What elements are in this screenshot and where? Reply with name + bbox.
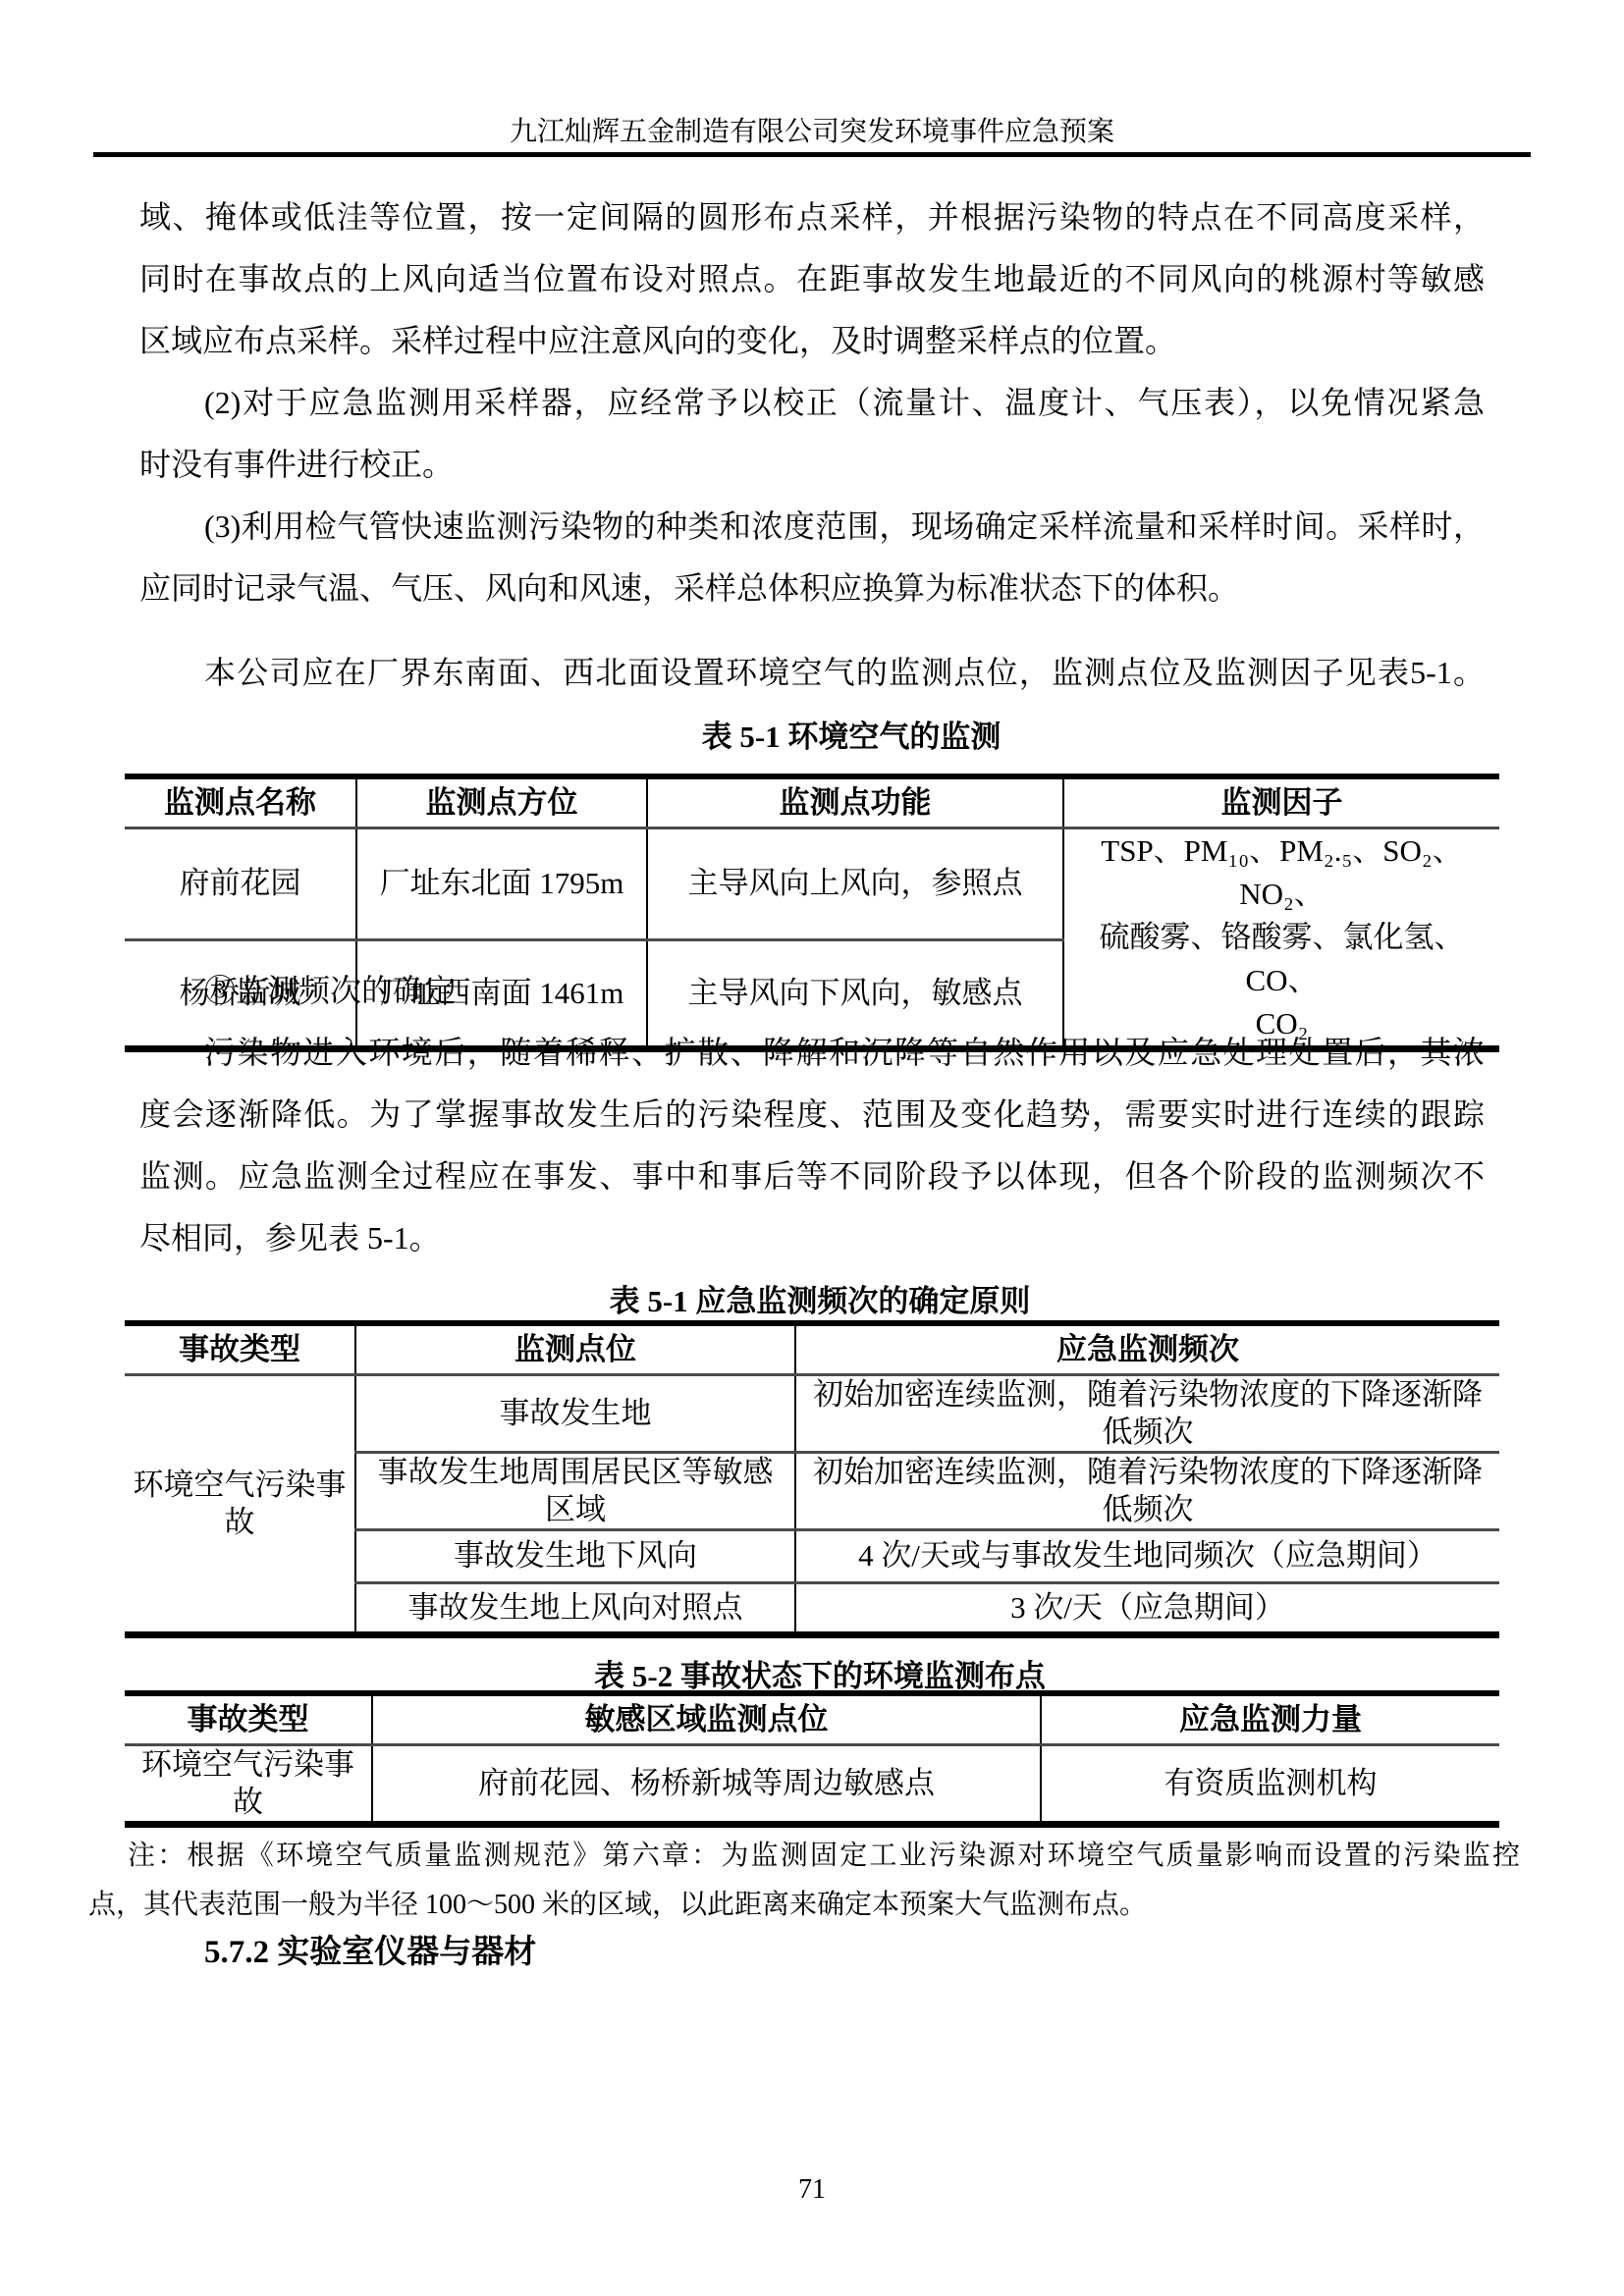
monitoring-location: 事故发生地周围居民区等敏感区域 — [355, 1452, 795, 1529]
monitoring-point-function: 主导风向上风向，参照点 — [647, 828, 1063, 939]
table-header-row: 事故类型 敏感区域监测点位 应急监测力量 — [125, 1693, 1499, 1744]
monitoring-location: 事故发生地 — [355, 1374, 795, 1452]
paragraph-line: 度会逐渐降低。为了掌握事故发生后的污染程度、范围及变化趋势，需要实时进行连续的跟… — [139, 1084, 1485, 1146]
monitoring-point-direction: 厂址东北面 1795m — [356, 828, 647, 939]
paragraph-line: 尽相同，参见表 5-1。 — [139, 1207, 1485, 1269]
column-header: 监测点方位 — [356, 776, 647, 828]
accident-type-cell: 环境空气污染事故 — [125, 1744, 372, 1824]
factor-line: TSP、PM₁₀、PM₂.₅、SO₂、NO₂、 — [1072, 829, 1491, 916]
note-line: 注：根据《环境空气质量监测规范》第六章：为监测固定工业污染源对环境空气质量影响而… — [88, 1832, 1520, 1881]
body-text-block-1: 域、掩体或低洼等位置，按一定间隔的圆形布点采样，并根据污染物的特点在不同高度采样… — [139, 187, 1485, 704]
column-header: 应急监测力量 — [1041, 1693, 1499, 1744]
accident-type-cell: 环境空气污染事故 — [125, 1374, 355, 1634]
note-line: 点，其代表范围一般为半径 100～500 米的区域，以此距离来确定本预案大气监测… — [88, 1881, 1520, 1930]
paragraph-line: (3)利用检气管快速监测污染物的种类和浓度范围，现场确定采样流量和采样时间。采样… — [139, 496, 1485, 558]
monitoring-location: 事故发生地下风向 — [355, 1529, 795, 1582]
page-header-title: 九江灿辉五金制造有限公司突发环境事件应急预案 — [0, 117, 1624, 148]
column-header: 事故类型 — [125, 1323, 355, 1374]
monitoring-frequency: 3 次/天（应急期间） — [795, 1582, 1499, 1634]
column-header: 监测点名称 — [125, 776, 356, 828]
table-header-row: 事故类型 监测点位 应急监测频次 — [125, 1323, 1499, 1374]
monitoring-location: 事故发生地上风向对照点 — [355, 1582, 795, 1634]
table-row: 环境空气污染事故 事故发生地 初始加密连续监测，随着污染物浓度的下降逐渐降低频次 — [125, 1374, 1499, 1452]
section-heading-5-7-2: 5.7.2 实验室仪器与器材 — [139, 1930, 1485, 1975]
monitoring-frequency: 初始加密连续监测，随着污染物浓度的下降逐渐降低频次 — [795, 1374, 1499, 1452]
paragraph-line: 应同时记录气温、气压、风向和风速，采样总体积应换算为标准状态下的体积。 — [139, 558, 1485, 619]
table-header-row: 监测点名称 监测点方位 监测点功能 监测因子 — [125, 776, 1499, 828]
paragraph-line: (2)对于应急监测用采样器，应经常予以校正（流量计、温度计、气压表），以免情况紧… — [139, 372, 1485, 434]
sensitive-area-points: 府前花园、杨桥新城等周边敏感点 — [372, 1744, 1041, 1824]
column-header: 监测点功能 — [647, 776, 1063, 828]
monitoring-frequency: 初始加密连续监测，随着污染物浓度的下降逐渐降低频次 — [795, 1452, 1499, 1529]
body-text-block-2: ③监测频次的确定 污染物进入环境后，随着稀释、扩散、降解和沉降等自然作用以及应急… — [139, 960, 1485, 1269]
document-page: 九江灿辉五金制造有限公司突发环境事件应急预案 域、掩体或低洼等位置，按一定间隔的… — [0, 0, 1624, 2296]
paragraph-line: 本公司应在厂界东南面、西北面设置环境空气的监测点位，监测点位及监测因子见表5-1… — [139, 642, 1485, 704]
column-header: 事故类型 — [125, 1693, 372, 1744]
table-note: 注：根据《环境空气质量监测规范》第六章：为监测固定工业污染源对环境空气质量影响而… — [88, 1832, 1520, 1930]
table1-title: 表 5-1 环境空气的监测 — [0, 718, 1624, 757]
table-row: 府前花园 厂址东北面 1795m 主导风向上风向，参照点 TSP、PM₁₀、PM… — [125, 828, 1499, 939]
table-row: 环境空气污染事故 府前花园、杨桥新城等周边敏感点 有资质监测机构 — [125, 1744, 1499, 1824]
paragraph-line: 时没有事件进行校正。 — [139, 434, 1485, 496]
page-number: 71 — [0, 2173, 1624, 2207]
paragraph-line: 域、掩体或低洼等位置，按一定间隔的圆形布点采样，并根据污染物的特点在不同高度采样… — [139, 187, 1485, 248]
column-header: 应急监测频次 — [795, 1323, 1499, 1374]
column-header: 监测点位 — [355, 1323, 795, 1374]
paragraph-line: 区域应布点采样。采样过程中应注意风向的变化，及时调整采样点的位置。 — [139, 310, 1485, 372]
monitoring-point-name: 府前花园 — [125, 828, 356, 939]
column-header: 监测因子 — [1063, 776, 1499, 828]
table-monitoring-frequency: 事故类型 监测点位 应急监测频次 环境空气污染事故 事故发生地 初始加密连续监测… — [125, 1320, 1499, 1638]
monitoring-frequency: 4 次/天或与事故发生地同频次（应急期间） — [795, 1529, 1499, 1582]
paragraph-line: 监测。应急监测全过程应在事发、事中和事后等不同阶段予以体现，但各个阶段的监测频次… — [139, 1146, 1485, 1207]
paragraph-line: ③监测频次的确定 — [139, 960, 1485, 1022]
monitoring-force: 有资质监测机构 — [1041, 1744, 1499, 1824]
column-header: 敏感区域监测点位 — [372, 1693, 1041, 1744]
table-monitoring-layout: 事故类型 敏感区域监测点位 应急监测力量 环境空气污染事故 府前花园、杨桥新城等… — [125, 1690, 1499, 1828]
table2-title: 表 5-1 应急监测频次的确定原则 — [0, 1282, 1624, 1321]
paragraph-line: 污染物进入环境后，随着稀释、扩散、降解和沉降等自然作用以及应急处理处置后，其浓 — [139, 1022, 1485, 1084]
paragraph-line: 同时在事故点的上风向适当位置布设对照点。在距事故发生地最近的不同风向的桃源村等敏… — [139, 248, 1485, 310]
header-rule — [93, 152, 1531, 157]
